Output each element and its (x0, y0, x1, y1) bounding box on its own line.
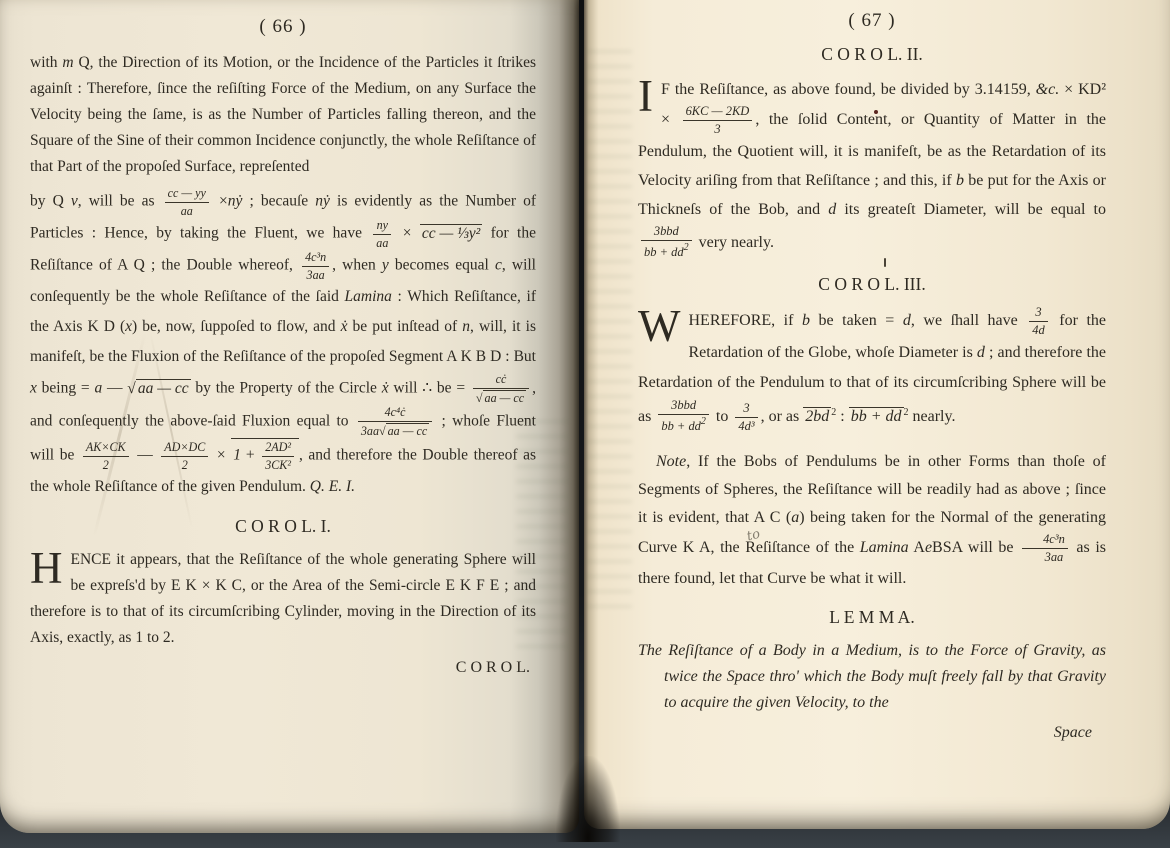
text-run: 3 (743, 401, 749, 415)
text-run: by Q (30, 193, 71, 210)
fraction: cċ√aa — cc (473, 372, 529, 405)
text-run: : (836, 408, 848, 425)
text-run: AK×CK (86, 440, 126, 454)
text-run: 2bd (805, 408, 829, 425)
text-run: 3bbd (671, 398, 696, 412)
text-run: cc — yy (168, 186, 206, 200)
text-run: cċ (496, 372, 507, 386)
page-right: ( 67 ) C O R O L. II. IF the Reſiſtance,… (584, 0, 1170, 829)
text-run: 4c³n (305, 250, 326, 264)
text-run: bb + dd (851, 408, 902, 425)
italic-run: Q. E. I. (310, 478, 355, 495)
fraction-denominator: 3aa√aa — cc (358, 422, 432, 439)
overline-expression: 2bd (803, 407, 831, 426)
drop-cap: I (638, 75, 661, 114)
fraction-denominator: 3aa (1022, 549, 1068, 565)
fraction-denominator: 4d (1029, 322, 1047, 338)
text-run: bb + dd (644, 245, 684, 259)
binding-gutter-shadow (556, 756, 620, 842)
sqrt-expression: √aa — cc (127, 380, 190, 397)
text-run: 4d³ (738, 419, 754, 433)
text-run: HEREFORE, if (688, 312, 802, 329)
text-run: very nearly. (695, 234, 774, 251)
fraction-denominator: 2 (83, 457, 129, 473)
text-run: by the Property of the Circle (191, 380, 382, 397)
fraction: 34d (1029, 305, 1047, 338)
sqrt-sign: √ (476, 391, 483, 405)
text-run: 2 (182, 458, 188, 472)
fraction: 6KC — 2KD3 (683, 104, 753, 137)
text-run: 3 (714, 122, 720, 136)
superscript: 2 (684, 242, 689, 253)
text-run: will ∴ be = (389, 380, 470, 397)
fraction: nyaa (373, 218, 391, 250)
sqrt-expression: √aa — cc (476, 391, 526, 405)
fraction-denominator: 3aa (302, 267, 329, 283)
text-run: A (909, 539, 925, 556)
fraction-numerator: 4c⁴ċ (358, 405, 432, 422)
text-run: aa — cc (485, 391, 525, 405)
text-run: 4c³n (1043, 532, 1065, 546)
fraction-numerator: 4c³n (1022, 532, 1068, 549)
italic-run: x (30, 380, 37, 397)
fraction-denominator: aa (373, 235, 391, 251)
fraction-denominator: aa (165, 203, 209, 219)
text-run: × (394, 225, 419, 242)
italic-run: b (956, 172, 964, 189)
text-run: Q, the Direction of its Motion, or the I… (30, 54, 536, 175)
text-run: AD×DC (164, 440, 205, 454)
page-showthrough (586, 50, 632, 610)
fraction: AD×DC2 (161, 440, 208, 472)
fraction-numerator: 2AD² (262, 440, 294, 457)
drop-cap: H (30, 547, 71, 586)
heading-corol-3: C O R O L. III. (638, 274, 1106, 295)
paragraph-corol-2: IF the Reſiſtance, as above found, be di… (638, 75, 1106, 260)
text-run: 3CK² (265, 458, 291, 472)
text-run: cc — ⅓y² (422, 225, 480, 242)
drop-cap: W (638, 305, 688, 344)
fraction: cc — yyaa (165, 186, 209, 218)
sqrt-vinculum: aa — cc (386, 423, 430, 438)
text-run: 1 + (233, 447, 259, 464)
fraction: 4c⁴ċ3aa√aa — cc (358, 405, 432, 438)
text-run: 3aa (1045, 550, 1064, 564)
fraction-numerator: 6KC — 2KD (683, 104, 753, 121)
fraction-numerator: 4c³n (302, 250, 329, 267)
italic-run: Note (656, 453, 686, 470)
overline-expression: 1 + 2AD²3CK² (231, 438, 299, 472)
catchword-right: Space (638, 724, 1106, 742)
text-run: BSA will be (932, 539, 1019, 556)
superscript: 2 (701, 416, 706, 427)
fraction-denominator: bb + dd2 (658, 415, 709, 434)
italic-run: y (382, 257, 389, 274)
text-run: — (102, 380, 127, 397)
page-number-right: ( 67 ) (638, 10, 1106, 32)
fraction: 34d³ (735, 401, 757, 434)
text-run: with (30, 54, 62, 71)
italic-run: c (495, 257, 502, 274)
text-run: to (712, 408, 732, 425)
italic-run: b (802, 312, 810, 329)
text-run: be taken = (810, 312, 903, 329)
text-run: aa (181, 204, 193, 218)
text-run: its greateſt Diameter, will be equal to (836, 201, 1106, 218)
heading-lemma: L E M M A. (638, 607, 1106, 628)
italic-run: n (462, 318, 470, 335)
text-run: , we ſhall have (911, 312, 1026, 329)
fraction-numerator: 3bbd (658, 398, 709, 415)
text-run: 6KC — 2KD (686, 104, 750, 118)
page-left: ( 66 ) with m Q, the Direction of its Mo… (0, 0, 579, 833)
sqrt-expression: √aa — cc (379, 424, 429, 438)
page-left-content: ( 66 ) with m Q, the Direction of its Mo… (30, 12, 536, 677)
fraction-numerator: 3 (735, 401, 757, 418)
fraction-numerator: AK×CK (83, 440, 129, 457)
fraction-denominator: 3 (683, 121, 753, 137)
ink-speck (874, 110, 878, 114)
text-run: , will be as (78, 193, 162, 210)
text-run: , or as (761, 408, 804, 425)
text-run: × (212, 193, 228, 210)
text-run: , when (332, 257, 382, 274)
overline-expression: cc — ⅓y² (420, 224, 482, 242)
italic-run: nẏ (315, 193, 330, 210)
heading-corol-2: C O R O L. II. (638, 44, 1106, 65)
italic-run: ẋ (382, 380, 389, 397)
italic-run: m (62, 54, 73, 71)
sqrt-vinculum: aa — cc (483, 390, 527, 405)
text-run: 4d (1032, 323, 1044, 337)
fraction-numerator: ny (373, 218, 391, 235)
text-run: ny (377, 218, 388, 232)
fraction-denominator: 2 (161, 457, 208, 473)
fraction: 2AD²3CK² (262, 440, 294, 472)
overline-expression: bb + dd (849, 407, 904, 426)
fraction-numerator: 3bbd (641, 224, 692, 241)
fraction: 4c³n3aa (302, 250, 329, 282)
text-run: 3bbd (654, 224, 679, 238)
book-scan-photo: { "lp": { "folio": "( 66 )", "p1": [ {"t… (0, 0, 1170, 848)
fraction-numerator: AD×DC (161, 440, 208, 457)
italic-run: d (903, 312, 911, 329)
paragraph-corol-1: HENCE it appears, that the Reſiſtance of… (30, 547, 536, 651)
italic-run: e (925, 539, 932, 556)
text-run: aa — cc (138, 380, 189, 397)
italic-run: v (71, 193, 78, 210)
text-run: — (132, 447, 159, 464)
italic-run: nẏ (228, 193, 243, 210)
text-run: nearly. (909, 408, 956, 425)
paragraph-note: Note, If the Bobs of Pendulums be in oth… (638, 448, 1106, 593)
text-run: The Reſiſtance of a Body in a Medium, is… (638, 642, 1106, 711)
text-run: 4c⁴ċ (385, 405, 406, 419)
sqrt-sign: √ (379, 424, 386, 438)
text-run: F the Reſiſtance, as above found, be div… (661, 81, 1036, 98)
italic-run: &c. (1036, 81, 1060, 98)
italic-run: x (125, 318, 132, 335)
text-run: ; becauſe (242, 193, 315, 210)
paragraph-resistance-derivation: by Q v, will be as cc — yyaa ×nẏ ; becau… (30, 186, 536, 502)
italic-run: d (977, 344, 985, 361)
text-run: bb + dd (661, 419, 701, 433)
text-run: be put inſtead of (347, 318, 462, 335)
fraction-denominator: 3CK² (262, 457, 294, 473)
paragraph-lemma: The Reſiſtance of a Body in a Medium, is… (638, 638, 1106, 716)
fraction-numerator: cc — yy (165, 186, 209, 203)
fraction: 3bbdbb + dd2 (641, 224, 692, 260)
text-run: 2AD² (265, 440, 291, 454)
page-right-content: ( 67 ) C O R O L. II. IF the Reſiſtance,… (638, 6, 1106, 742)
text-run: ENCE it appears, that the Reſiſtance of … (30, 551, 536, 646)
text-run: 2 (103, 458, 109, 472)
fraction: AK×CK2 (83, 440, 129, 472)
fraction-numerator: 3 (1029, 305, 1047, 322)
page-number-left: ( 66 ) (30, 16, 536, 38)
fraction: 3bbdbb + dd2 (658, 398, 709, 434)
text-run: ) be, now, ſuppoſed to flow, and (132, 318, 341, 335)
fraction-numerator: cċ (473, 372, 529, 389)
text-run: 3aa (361, 424, 379, 438)
ink-speck (884, 258, 886, 267)
italic-run: Lamina (345, 288, 392, 305)
sqrt-sign: √ (127, 380, 136, 397)
italic-run: Lamina (860, 539, 909, 556)
heading-corol-1: C O R O L. I. (30, 516, 536, 537)
fraction-denominator: bb + dd2 (641, 241, 692, 260)
fraction-denominator: √aa — cc (473, 389, 529, 406)
paragraph-corol-3: WHEREFORE, if b be taken = d, we ſhall h… (638, 305, 1106, 434)
fraction: 4c³n3aa (1022, 532, 1068, 565)
text-run: aa — cc (388, 424, 428, 438)
text-run: × (211, 447, 231, 464)
text-run: being = (37, 380, 95, 397)
text-run: becomes equal (389, 257, 495, 274)
paragraph-continuation: with m Q, the Direction of its Motion, o… (30, 50, 536, 180)
text-run: 3 (1035, 305, 1041, 319)
fraction-denominator: 4d³ (735, 418, 757, 434)
catchword-left: C O R O L. (30, 659, 536, 677)
text-run: aa (376, 236, 388, 250)
text-run: 3aa (307, 268, 325, 282)
sqrt-vinculum: aa — cc (136, 379, 191, 397)
